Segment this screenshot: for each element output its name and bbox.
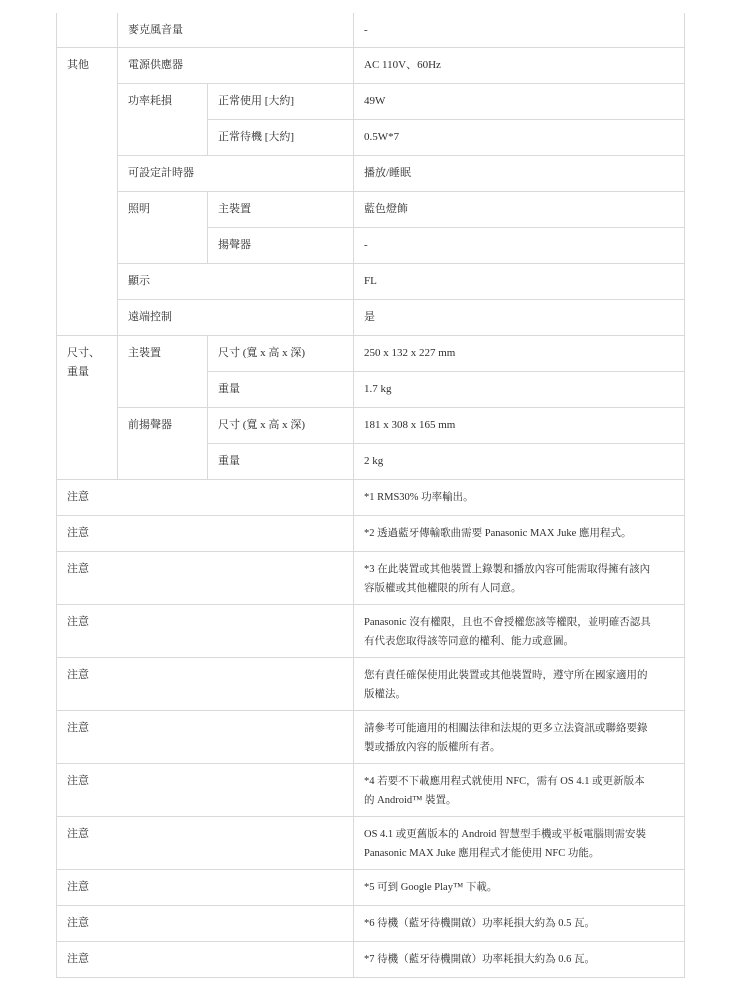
spec-label-cell: 可設定計時器 [118, 155, 354, 191]
table-row: 功率耗損 正常使用 [大約] 49W [57, 83, 685, 119]
spec-label-cell: 顯示 [118, 263, 354, 299]
note-label-cell: 注意 [57, 869, 354, 905]
spec-value-cell: 49W [354, 83, 685, 119]
table-row: 尺寸、重量 主裝置 尺寸 (寬 x 高 x 深) 250 x 132 x 227… [57, 335, 685, 371]
spec-value-cell: 0.5W*7 [354, 119, 685, 155]
table-row: 可設定計時器 播放/睡眠 [57, 155, 685, 191]
spec-sublabel-cell: 重量 [208, 443, 354, 479]
note-label-cell: 注意 [57, 604, 354, 657]
spec-label-cell: 前揚聲器 [118, 407, 208, 479]
spec-label-cell: 電源供應器 [118, 47, 354, 83]
note-text-cell: OS 4.1 或更舊版本的 Android 智慧型手機或平板電腦則需安裝 Pan… [354, 816, 685, 869]
spec-value-cell: 1.7 kg [354, 371, 685, 407]
note-row: 注意 您有責任確保使用此裝置或其他裝置時，遵守所在國家適用的 版權法。 [57, 657, 685, 710]
note-label-cell: 注意 [57, 941, 354, 977]
spec-label-cell: 麥克風音量 [118, 13, 354, 47]
spec-sublabel-cell: 揚聲器 [208, 227, 354, 263]
spec-sublabel-cell: 正常待機 [大約] [208, 119, 354, 155]
note-row: 注意 OS 4.1 或更舊版本的 Android 智慧型手機或平板電腦則需安裝 … [57, 816, 685, 869]
spec-value-cell: AC 110V、60Hz [354, 47, 685, 83]
note-label-cell: 注意 [57, 710, 354, 763]
spec-label-cell: 功率耗損 [118, 83, 208, 155]
table-row: 麥克風音量 - [57, 13, 685, 47]
note-row: 注意 *6 待機（藍牙待機開啟）功率耗損大約為 0.5 瓦。 [57, 905, 685, 941]
table-row: 遠端控制 是 [57, 299, 685, 335]
note-row: 注意 Panasonic 沒有權限，且也不會授權您該等權限，並明確否認具 有代表… [57, 604, 685, 657]
note-row: 注意 請參考可能適用的相關法律和法規的更多立法資訊或聯絡要錄 製或播放內容的版權… [57, 710, 685, 763]
note-label-cell: 注意 [57, 816, 354, 869]
spec-value-cell: 250 x 132 x 227 mm [354, 335, 685, 371]
spec-category-cell: 其他 [57, 47, 118, 335]
table-row: 前揚聲器 尺寸 (寬 x 高 x 深) 181 x 308 x 165 mm [57, 407, 685, 443]
spec-label-cell: 照明 [118, 191, 208, 263]
spec-label-cell: 遠端控制 [118, 299, 354, 335]
note-label-cell: 注意 [57, 763, 354, 816]
note-text-cell: *7 待機（藍牙待機開啟）功率耗損大約為 0.6 瓦。 [354, 941, 685, 977]
spec-value-cell: 181 x 308 x 165 mm [354, 407, 685, 443]
note-row: 注意 *1 RMS30% 功率輸出。 [57, 479, 685, 515]
note-text-cell: *4 若要不下載應用程式就使用 NFC，需有 OS 4.1 或更新版本 的 An… [354, 763, 685, 816]
note-row: 注意 *5 可到 Google Play™ 下載。 [57, 869, 685, 905]
note-text-cell: 您有責任確保使用此裝置或其他裝置時，遵守所在國家適用的 版權法。 [354, 657, 685, 710]
spec-value-cell: 2 kg [354, 443, 685, 479]
note-label-cell: 注意 [57, 551, 354, 604]
note-text-cell: *2 透過藍牙傳輸歌曲需要 Panasonic MAX Juke 應用程式。 [354, 515, 685, 551]
table-row: 顯示 FL [57, 263, 685, 299]
note-row: 注意 *4 若要不下載應用程式就使用 NFC，需有 OS 4.1 或更新版本 的… [57, 763, 685, 816]
note-text-cell: *1 RMS30% 功率輸出。 [354, 479, 685, 515]
spec-table: 麥克風音量 - 其他 電源供應器 AC 110V、60Hz 功率耗損 正常使用 … [56, 13, 685, 978]
spec-category-cell-empty [57, 13, 118, 47]
table-row: 其他 電源供應器 AC 110V、60Hz [57, 47, 685, 83]
spec-sublabel-cell: 主裝置 [208, 191, 354, 227]
spec-value-cell: 是 [354, 299, 685, 335]
spec-value-cell: - [354, 227, 685, 263]
spec-sheet-page: 麥克風音量 - 其他 電源供應器 AC 110V、60Hz 功率耗損 正常使用 … [0, 0, 750, 1000]
spec-value-cell: FL [354, 263, 685, 299]
note-label-cell: 注意 [57, 905, 354, 941]
table-row: 照明 主裝置 藍色燈飾 [57, 191, 685, 227]
spec-sublabel-cell: 尺寸 (寬 x 高 x 深) [208, 335, 354, 371]
spec-value-cell: 播放/睡眠 [354, 155, 685, 191]
spec-sublabel-cell: 尺寸 (寬 x 高 x 深) [208, 407, 354, 443]
note-label-cell: 注意 [57, 479, 354, 515]
spec-label-cell: 主裝置 [118, 335, 208, 407]
note-label-cell: 注意 [57, 657, 354, 710]
spec-sublabel-cell: 正常使用 [大約] [208, 83, 354, 119]
spec-category-cell: 尺寸、重量 [57, 335, 118, 479]
note-text-cell: *5 可到 Google Play™ 下載。 [354, 869, 685, 905]
spec-sublabel-cell: 重量 [208, 371, 354, 407]
note-row: 注意 *7 待機（藍牙待機開啟）功率耗損大約為 0.6 瓦。 [57, 941, 685, 977]
note-text-cell: *6 待機（藍牙待機開啟）功率耗損大約為 0.5 瓦。 [354, 905, 685, 941]
spec-value-cell: 藍色燈飾 [354, 191, 685, 227]
spec-value-cell: - [354, 13, 685, 47]
note-label-cell: 注意 [57, 515, 354, 551]
note-row: 注意 *2 透過藍牙傳輸歌曲需要 Panasonic MAX Juke 應用程式… [57, 515, 685, 551]
note-text-cell: 請參考可能適用的相關法律和法規的更多立法資訊或聯絡要錄 製或播放內容的版權所有者… [354, 710, 685, 763]
note-text-cell: *3 在此裝置或其他裝置上錄製和播放內容可能需取得擁有該內 容版權或其他權限的所… [354, 551, 685, 604]
note-text-cell: Panasonic 沒有權限，且也不會授權您該等權限，並明確否認具 有代表您取得… [354, 604, 685, 657]
note-row: 注意 *3 在此裝置或其他裝置上錄製和播放內容可能需取得擁有該內 容版權或其他權… [57, 551, 685, 604]
